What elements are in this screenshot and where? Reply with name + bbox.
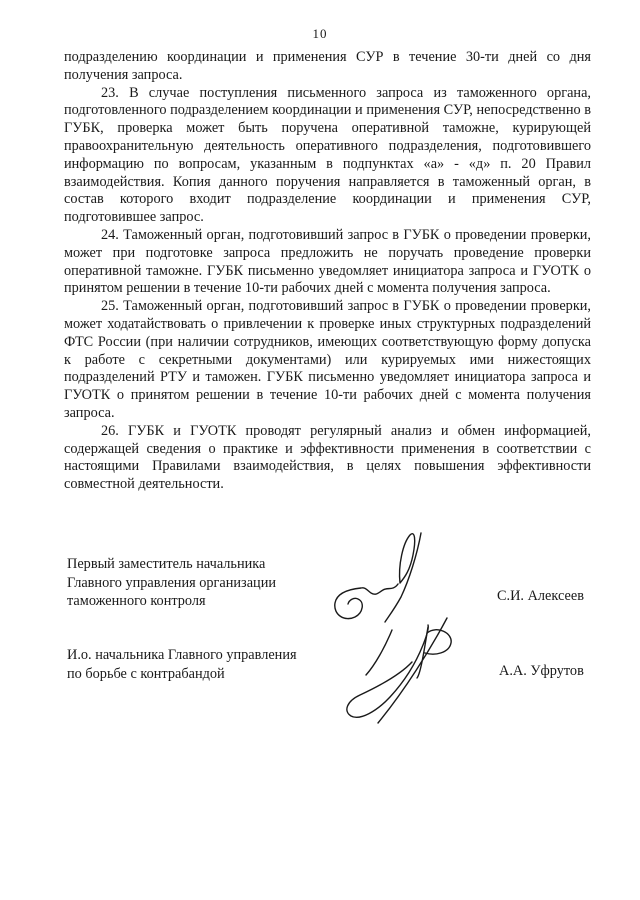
signatory-title-1-line-1: Первый заместитель начальника (67, 555, 276, 574)
paragraph-continuation: подразделению координации и применения С… (64, 49, 591, 85)
page-number: 10 (0, 26, 640, 42)
body-text: подразделению координации и применения С… (64, 49, 591, 494)
signatory-name-2: А.А. Уфрутов (499, 663, 584, 680)
signature-scrawl-2 (347, 618, 451, 723)
handwritten-signatures (315, 525, 465, 730)
signatory-title-2-line-2: по борьбе с контрабандой (67, 665, 297, 684)
paragraph-25: 25. Таможенный орган, подготовивший запр… (64, 298, 591, 423)
signatory-title-1-line-2: Главного управления организации (67, 574, 276, 593)
paragraph-26: 26. ГУБК и ГУОТК проводят регулярный ана… (64, 423, 591, 494)
paragraph-24: 24. Таможенный орган, подготовивший запр… (64, 227, 591, 298)
signatory-name-1: С.И. Алексеев (497, 588, 584, 605)
signatory-title-1-line-3: таможенного контроля (67, 592, 276, 611)
signatory-title-2: И.о. начальника Главного управления по б… (67, 646, 297, 683)
document-page: 10 подразделению координации и применени… (0, 0, 640, 900)
signature-scrawl-1 (335, 533, 421, 622)
signatory-title-2-line-1: И.о. начальника Главного управления (67, 646, 297, 665)
paragraph-23: 23. В случае поступления письменного зап… (64, 85, 591, 227)
signatory-title-1: Первый заместитель начальника Главного у… (67, 555, 276, 611)
